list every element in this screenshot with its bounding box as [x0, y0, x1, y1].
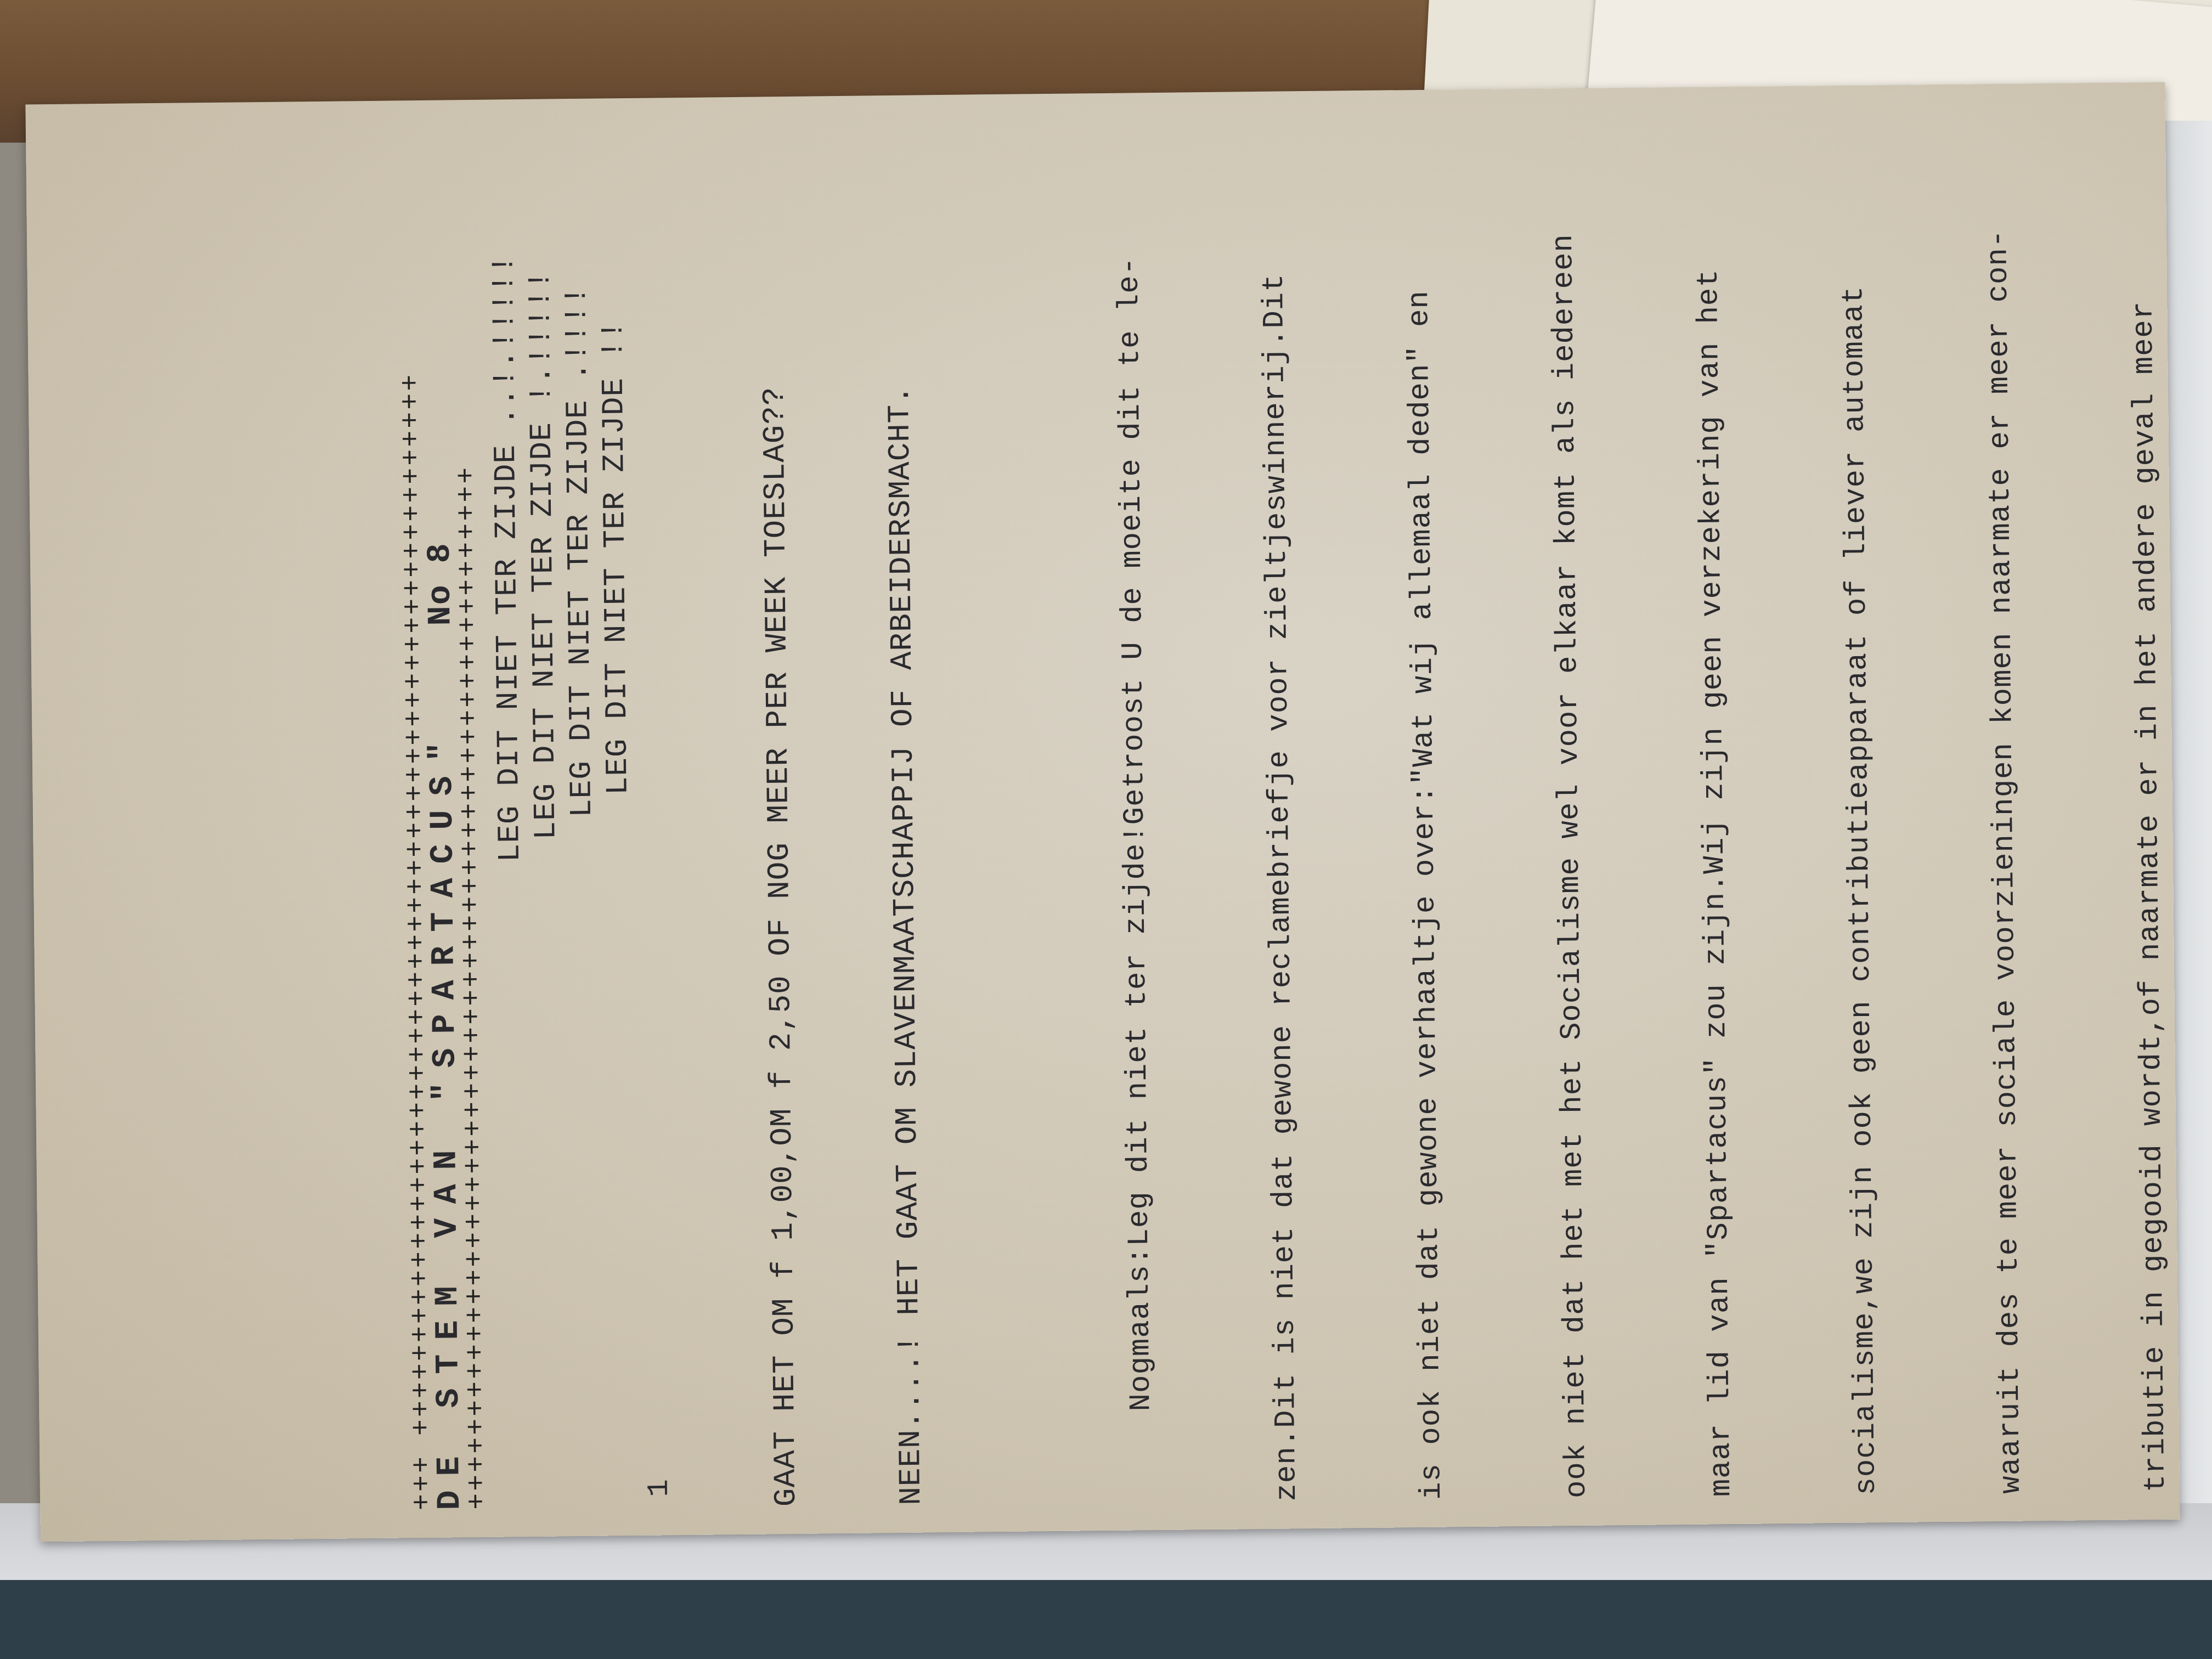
- text-line: waaruit des te meer sociale voorzieninge…: [1973, 111, 2036, 1494]
- text-line: ook niet dat het met het Socialisme wel …: [1539, 116, 1601, 1499]
- headline-line: NEEN....! HET GAAT OM SLAVENMAATSCHAPPIJ…: [876, 122, 932, 1505]
- slogan-block: LEG DIT NIET TER ZIJDE ..!.!!!!! LEG DIT…: [484, 126, 637, 862]
- masthead: +++ ++++++++++++++++++++++++++++++++++++…: [399, 127, 488, 1510]
- typewritten-text: +++ ++++++++++++++++++++++++++++++++++++…: [399, 108, 2212, 1511]
- desk-background: [0, 1580, 2212, 1659]
- headline: GAAT HET OM f 1,00,OM f 2,50 OF NOG MEER…: [668, 122, 1015, 1508]
- headline-line: GAAT HET OM f 1,00,OM f 2,50 OF NOG MEER…: [751, 124, 807, 1507]
- text-line: maar lid van "Spartacus" zou zijn.Wij zi…: [1684, 114, 1746, 1497]
- text-line: zen.Dit is niet dat gewone reclamebriefj…: [1249, 119, 1312, 1502]
- pamphlet-sheet: +++ ++++++++++++++++++++++++++++++++++++…: [25, 82, 2180, 1542]
- paragraph-1: Nogmaals:Leg dit niet ter zijde!Getroost…: [1008, 98, 2212, 1504]
- text-line: is ook niet dat gewone verhaaltje over:"…: [1394, 117, 1457, 1500]
- text-line: socialisme,we zijn ook geen contributiea…: [1829, 112, 1891, 1496]
- text-line: Nogmaals:Leg dit niet ter zijde!Getroost…: [1104, 120, 1167, 1503]
- text-line: tributie in gegooid wordt,of naarmate er…: [2118, 110, 2181, 1493]
